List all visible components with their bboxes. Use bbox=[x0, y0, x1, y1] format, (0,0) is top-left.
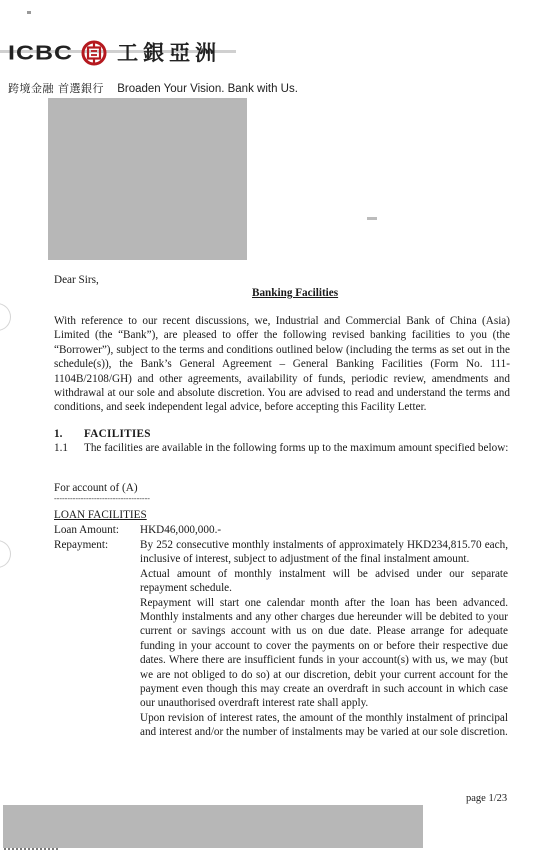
scan-speck bbox=[27, 11, 31, 14]
subsection-number: 1.1 bbox=[54, 441, 68, 455]
logo-wordmark: ICBC bbox=[8, 43, 73, 64]
repayment-paragraph: Repayment will start one calendar month … bbox=[140, 596, 508, 711]
redacted-footer-block bbox=[3, 805, 423, 848]
section-title: FACILITIES bbox=[84, 427, 151, 441]
page-number: page 1/23 bbox=[466, 793, 507, 804]
salutation: Dear Sirs, bbox=[54, 273, 99, 287]
loan-facilities-heading: LOAN FACILITIES bbox=[54, 508, 147, 522]
redacted-address-block bbox=[48, 98, 247, 260]
section-number: 1. bbox=[54, 427, 62, 441]
tagline-english: Broaden Your Vision. Bank with Us. bbox=[117, 83, 298, 95]
repayment-label: Repayment: bbox=[54, 538, 108, 552]
letter-title: Banking Facilities bbox=[252, 287, 338, 299]
bank-logo: ICBC 工銀亞洲 bbox=[8, 38, 221, 68]
loan-amount-label: Loan Amount: bbox=[54, 523, 119, 537]
binder-hole-mark bbox=[0, 303, 11, 331]
icbc-emblem-icon bbox=[81, 40, 107, 66]
scan-speck bbox=[4, 848, 60, 850]
repayment-paragraph: Upon revision of interest rates, the amo… bbox=[140, 711, 508, 740]
repayment-paragraph: By 252 consecutive monthly instalments o… bbox=[140, 538, 508, 567]
scan-mark bbox=[367, 217, 377, 220]
loan-amount-value: HKD46,000,000.- bbox=[140, 523, 221, 537]
tagline-chinese: 跨境金融 首選銀行 bbox=[8, 82, 104, 95]
repayment-paragraph: Actual amount of monthly instalment will… bbox=[140, 567, 508, 596]
repayment-terms: By 252 consecutive monthly instalments o… bbox=[140, 538, 508, 740]
binder-hole-mark bbox=[0, 540, 11, 568]
logo-chinese-name: 工銀亞洲 bbox=[117, 43, 221, 64]
intro-paragraph: With reference to our recent discussions… bbox=[54, 314, 510, 415]
separator-dashes: ------------------------------------ bbox=[54, 494, 150, 503]
subsection-text: The facilities are available in the foll… bbox=[84, 441, 521, 455]
tagline: 跨境金融 首選銀行 Broaden Your Vision. Bank with… bbox=[8, 80, 298, 96]
